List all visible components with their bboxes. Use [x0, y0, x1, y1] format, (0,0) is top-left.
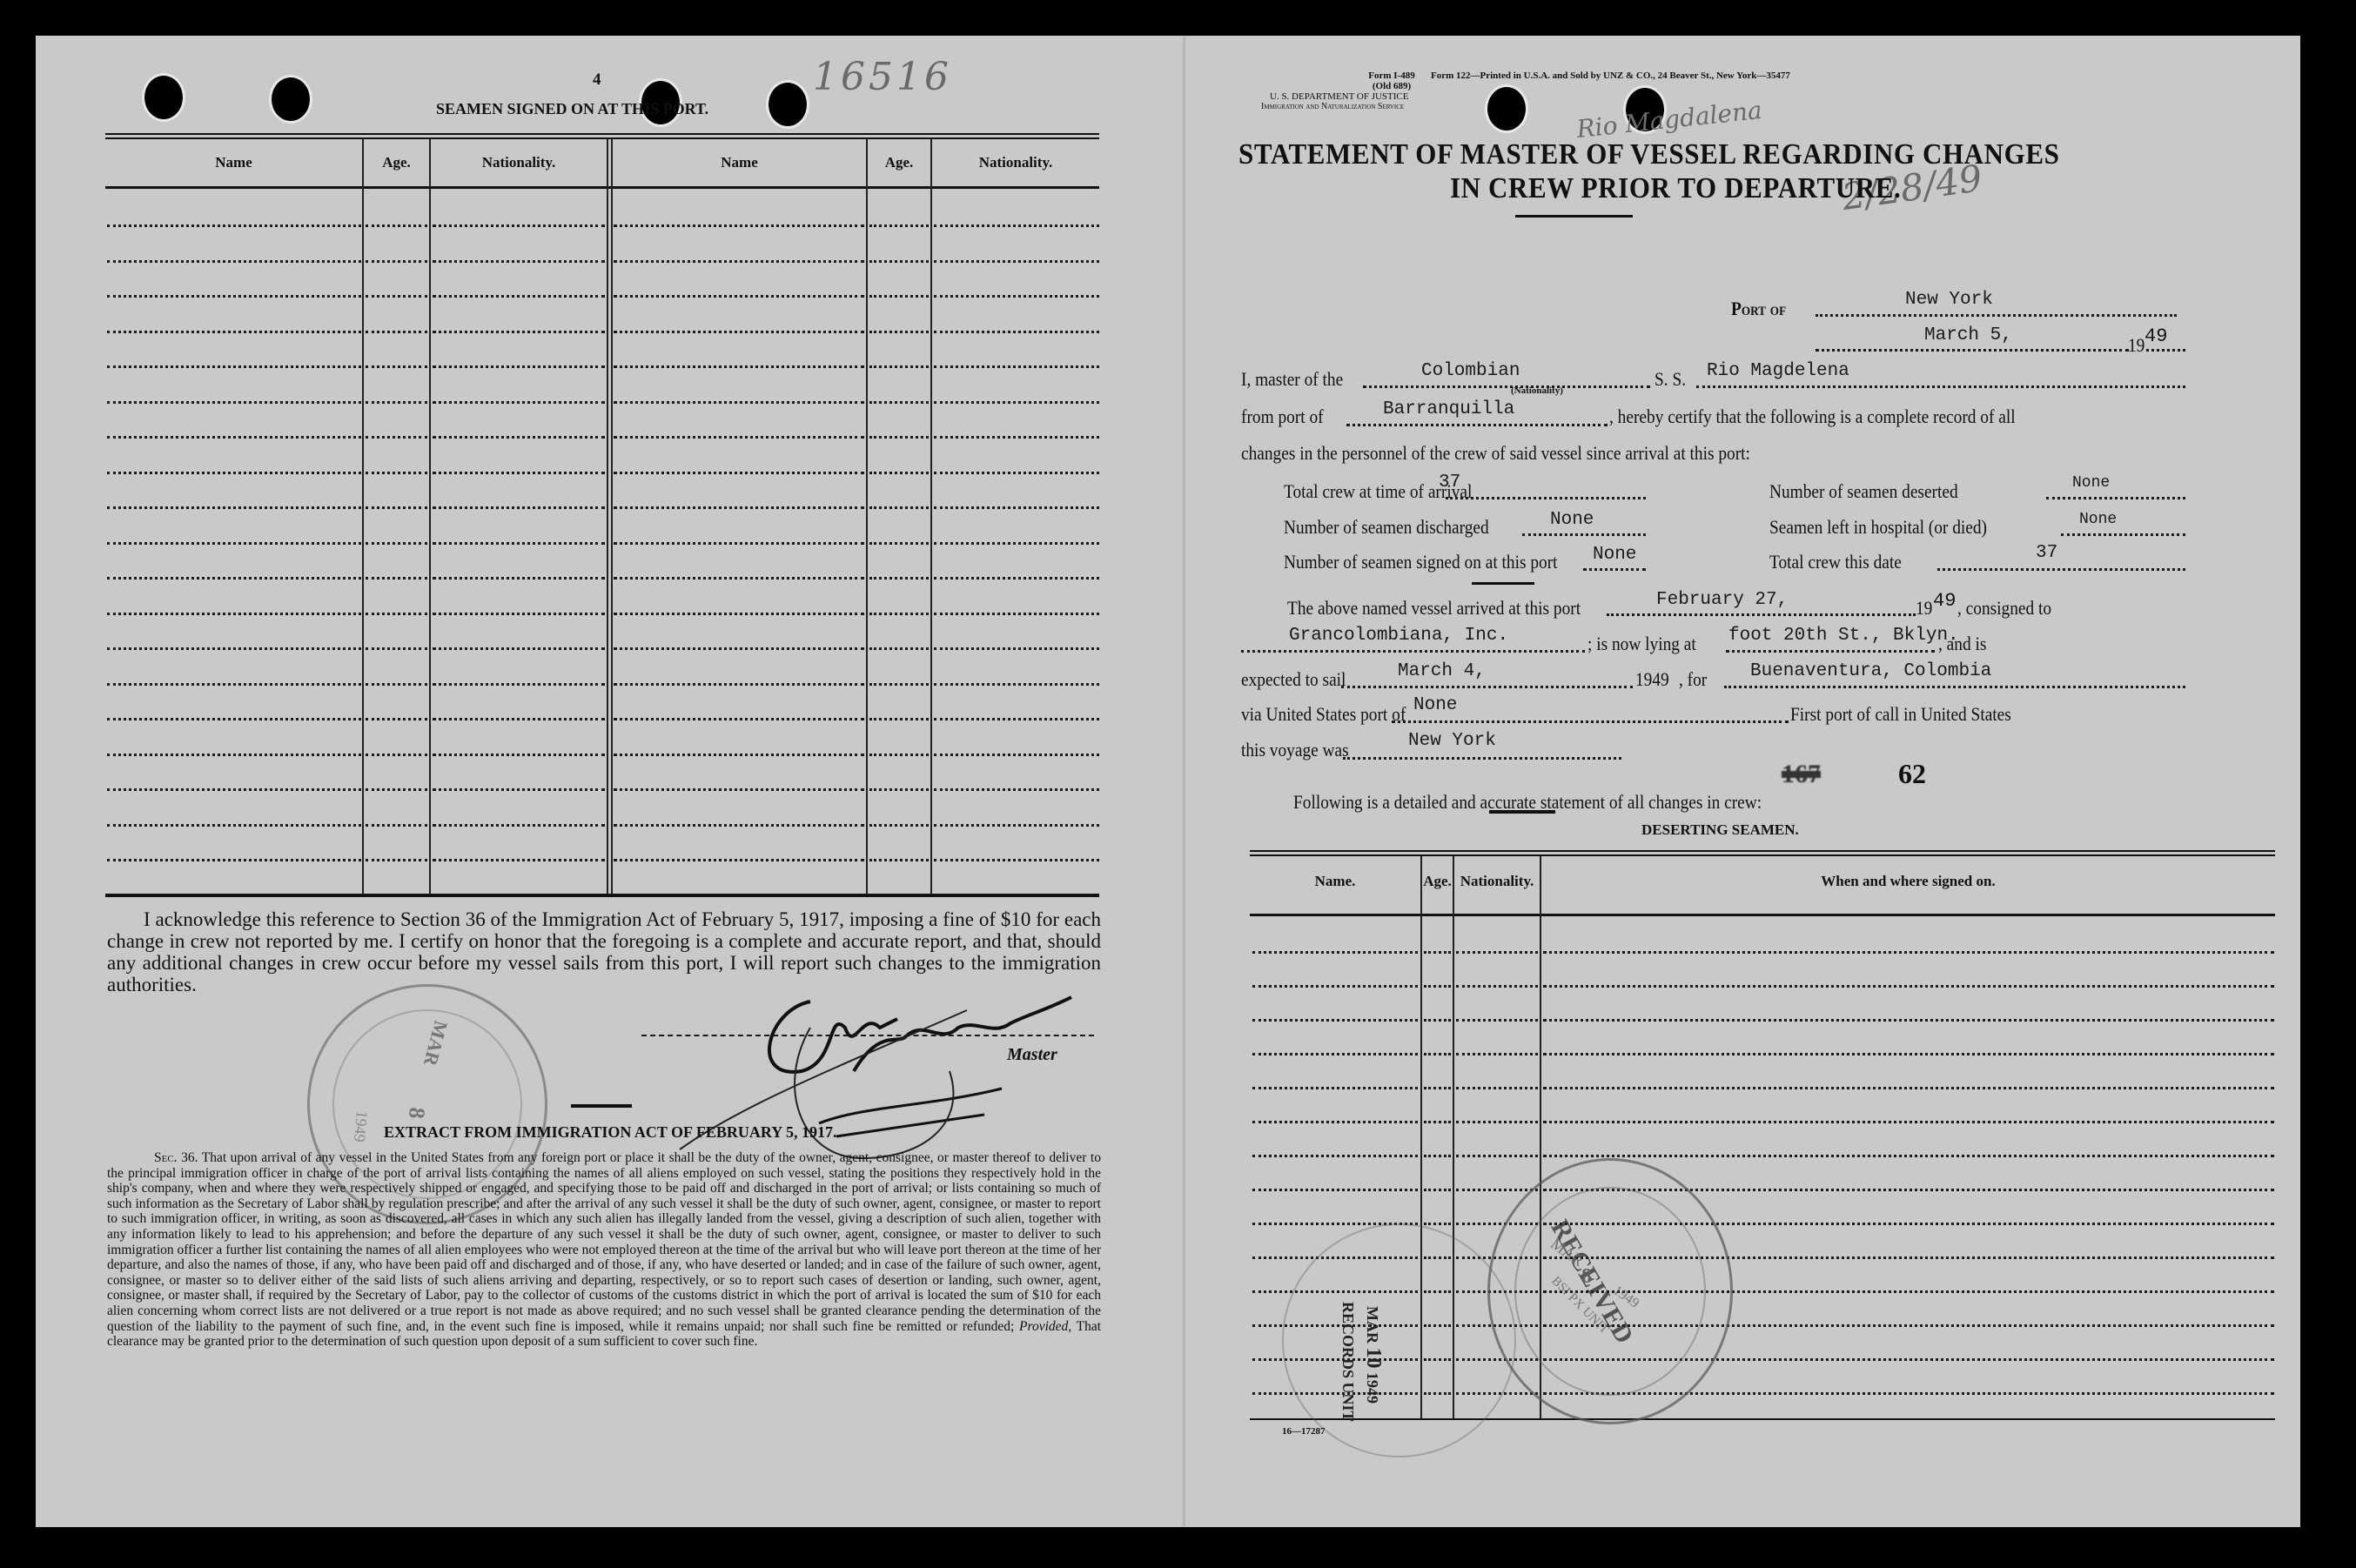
extract-text: Sec. 36. That upon arrival of any vessel…: [107, 1150, 1101, 1350]
punch-hole: [1487, 87, 1526, 131]
column-header-name: Name: [105, 154, 362, 171]
left-page-number: 4: [593, 70, 601, 90]
document-sheet: 4 16516 SEAMEN SIGNED ON AT THIS PORT. N…: [36, 36, 2300, 1527]
deserting-seamen-title: DESERTING SEAMEN.: [1641, 821, 1799, 839]
total-crew-date[interactable]: 37: [2036, 543, 2057, 563]
column-header-age: Age.: [1422, 873, 1453, 890]
destination-value[interactable]: Buenaventura, Colombia: [1750, 661, 1991, 681]
arrival-date[interactable]: February 27,: [1656, 590, 1788, 610]
arrival-year[interactable]: 49: [1933, 590, 1956, 612]
consignee-value[interactable]: Grancolombiana, Inc.: [1289, 626, 1508, 646]
via-port-value[interactable]: None: [1413, 695, 1457, 715]
from-port-value[interactable]: Barranquilla: [1383, 399, 1514, 419]
struck-page-number: 167: [1782, 760, 1821, 789]
page-number: 62: [1898, 758, 1926, 790]
master-label: Master: [1007, 1045, 1057, 1065]
form-code: 16—17287: [1282, 1426, 1326, 1437]
column-header-nationality: Nationality.: [431, 154, 607, 171]
punch-hole: [144, 76, 183, 119]
records-unit-label: RECORDS UNIT: [1339, 1302, 1357, 1422]
total-crew-arrival[interactable]: 37: [1439, 472, 1460, 493]
column-header-name: Name.: [1250, 873, 1420, 890]
column-header-nationality: Nationality.: [1454, 873, 1540, 890]
column-header-name-2: Name: [613, 154, 866, 171]
form-title-line-2: IN CREW PRIOR TO DEPARTURE.: [1450, 171, 1901, 205]
port-label: Port of: [1731, 298, 1786, 320]
statement-date[interactable]: March 5,: [1924, 325, 2012, 345]
seamen-deserted[interactable]: None: [2072, 474, 2110, 492]
punch-hole: [769, 83, 807, 126]
left-page-title: SEAMEN SIGNED ON AT THIS PORT.: [436, 100, 708, 118]
column-header-age-2: Age.: [868, 154, 930, 171]
nationality-value[interactable]: Colombian: [1421, 361, 1520, 381]
voyage-first-port[interactable]: New York: [1408, 731, 1496, 751]
seamen-discharged[interactable]: None: [1550, 510, 1594, 530]
department-header: U. S. DEPARTMENT OF JUSTICE Immigration …: [1261, 91, 1408, 112]
sail-date[interactable]: March 4,: [1398, 661, 1486, 681]
vessel-name[interactable]: Rio Magdelena: [1707, 361, 1849, 381]
form-title-line-1: STATEMENT OF MASTER OF VESSEL REGARDING …: [1238, 137, 2059, 171]
column-header-signed-on: When and where signed on.: [1541, 873, 2275, 890]
seamen-hospital[interactable]: None: [2079, 511, 2117, 528]
nationality-caption: (Nationality): [1511, 385, 1563, 396]
received-stamp: RECEIVED MAR 8 1949 BSI PX UNIT: [1487, 1158, 1733, 1424]
page-fold: [1183, 36, 1185, 1527]
signature-line: [641, 1035, 1094, 1036]
printer-note: Form 122—Printed in U.S.A. and Sold by U…: [1431, 70, 1790, 81]
handwritten-file-number: 16516: [813, 55, 952, 99]
column-header-age: Age.: [364, 154, 429, 171]
seamen-signed-on[interactable]: None: [1593, 545, 1636, 565]
punch-hole: [272, 77, 310, 121]
records-unit-date: MAR 10 1949: [1361, 1306, 1385, 1404]
port-value[interactable]: New York: [1905, 290, 1993, 310]
lying-location[interactable]: foot 20th St., Bklyn.: [1728, 626, 1959, 646]
extract-title: EXTRACT FROM IMMIGRATION ACT OF FEBRUARY…: [384, 1123, 837, 1142]
records-unit-stamp: [1282, 1223, 1516, 1457]
statement-year[interactable]: 49: [2145, 325, 2167, 347]
column-header-nationality-2: Nationality.: [932, 154, 1099, 171]
